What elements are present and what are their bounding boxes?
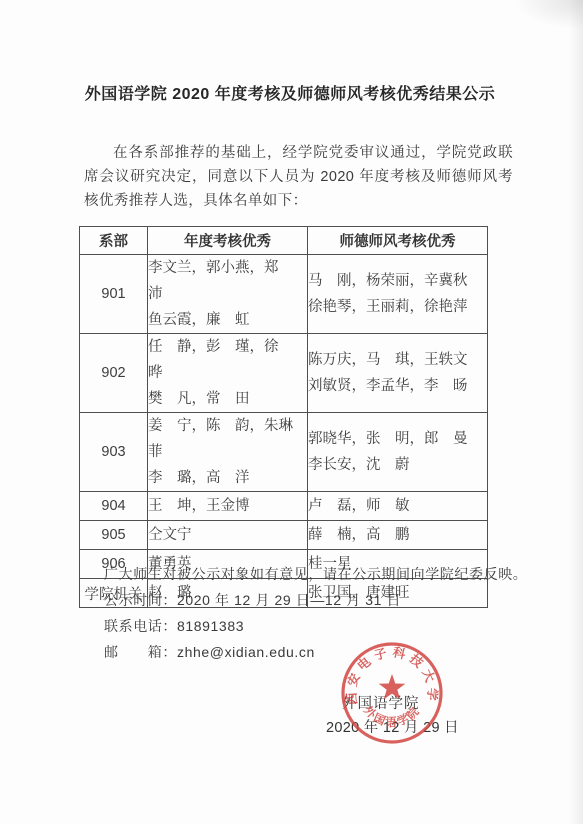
ethics-cell: 郭晓华，张 明，郎 曼 李长安，沈 蔚 (308, 413, 488, 492)
annual-cell: 任 静，彭 瑾，徐 晔 樊 凡，常 田 (148, 334, 308, 413)
ethics-cell: 马 刚，杨荣丽，辛冀秋 徐艳琴，王丽莉，徐艳萍 (308, 255, 488, 334)
document-page: 外国语学院 2020 年度考核及师德师风考核优秀结果公示 在各系部推荐的基础上，… (0, 0, 583, 824)
signature-org: 外国语学院 (342, 692, 420, 713)
results-table: 系部 年度考核优秀 师德师风考核优秀 901 李文兰，郭小燕，郑 沛 鱼云霞，廉… (79, 226, 488, 608)
ethics-cell: 卢 磊，师 敏 (308, 492, 488, 521)
dept-cell: 903 (80, 413, 148, 492)
dept-cell: 905 (80, 521, 148, 550)
page-title: 外国语学院 2020 年度考核及师德师风考核优秀结果公示 (60, 84, 520, 106)
contact-email: 邮 箱：zhhe@xidian.edu.cn (104, 639, 527, 665)
ethics-cell: 薛 楠，高 鹏 (308, 521, 488, 550)
col-header-annual: 年度考核优秀 (148, 227, 308, 255)
dept-cell: 904 (80, 492, 148, 521)
table-row: 902 任 静，彭 瑾，徐 晔 樊 凡，常 田 陈万庆，马 琪，王轶文 刘敏贤，… (80, 334, 488, 413)
table-row: 904 王 坤，王金博 卢 磊，师 敏 (80, 492, 488, 521)
contact-phone: 联系电话：81891383 (104, 613, 527, 639)
annual-cell: 姜 宁，陈 韵，朱琳菲 李 璐，高 洋 (148, 413, 308, 492)
col-header-ethics: 师德师风考核优秀 (308, 227, 488, 255)
table-row: 901 李文兰，郭小燕，郑 沛 鱼云霞，廉 虹 马 刚，杨荣丽，辛冀秋 徐艳琴，… (80, 255, 488, 334)
annual-cell: 仝文宁 (148, 521, 308, 550)
ethics-cell: 陈万庆，马 琪，王轶文 刘敏贤，李孟华，李 旸 (308, 334, 488, 413)
signature-date: 2020 年 12 月 29 日 (326, 716, 459, 737)
dept-cell: 902 (80, 334, 148, 413)
annual-cell: 王 坤，王金博 (148, 492, 308, 521)
col-header-dept: 系部 (80, 227, 148, 255)
publicity-period: 公示时间：2020 年 12 月 29 日—12 月 31 日 (104, 587, 527, 613)
annual-cell: 李文兰，郭小燕，郑 沛 鱼云霞，廉 虹 (148, 255, 308, 334)
table-row: 905 仝文宁 薛 楠，高 鹏 (80, 521, 488, 550)
dept-cell: 901 (80, 255, 148, 334)
intro-paragraph: 在各系部推荐的基础上，经学院党委审议通过，学院党政联席会议研究决定，同意以下人员… (84, 141, 513, 213)
feedback-note: 广大师生对被公示对象如有意见，请在公示期间向学院纪委反映。 (104, 561, 527, 587)
footer-block: 广大师生对被公示对象如有意见，请在公示期间向学院纪委反映。 公示时间：2020 … (104, 561, 527, 665)
table-header-row: 系部 年度考核优秀 师德师风考核优秀 (80, 227, 488, 255)
table-row: 903 姜 宁，陈 韵，朱琳菲 李 璐，高 洋 郭晓华，张 明，郎 曼 李长安，… (80, 413, 488, 492)
